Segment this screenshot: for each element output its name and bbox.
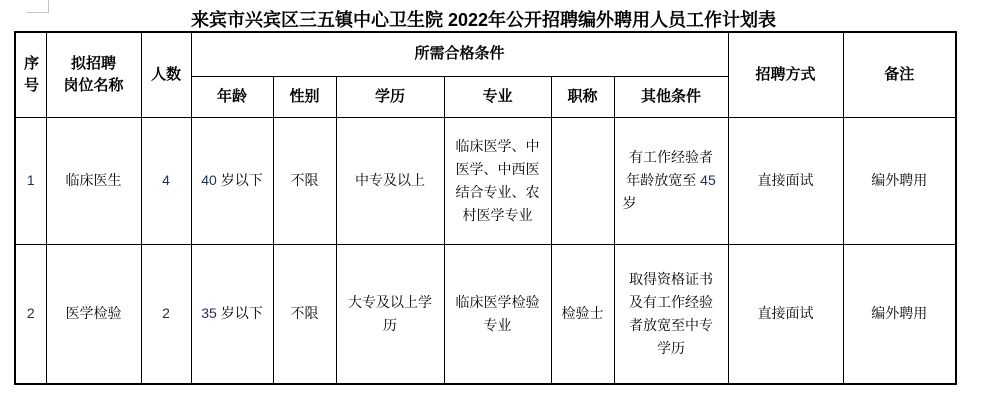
header-gender: 性别 bbox=[273, 76, 336, 117]
header-position: 拟招聘 岗位名称 bbox=[46, 32, 141, 117]
r1-remark-cell: 编外聘用 bbox=[843, 117, 956, 244]
r2-method-cell: 直接面试 bbox=[728, 244, 843, 384]
table-row: 2 医学检验 2 35 岁以下 不限 大专及以上学历 临床医学检验专业 检验士 … bbox=[15, 244, 956, 384]
header-remark: 备注 bbox=[843, 32, 956, 117]
r2-major-cell: 临床医学检验专业 bbox=[444, 244, 551, 384]
r1-method-cell: 直接面试 bbox=[728, 117, 843, 244]
r2-education-cell: 大专及以上学历 bbox=[336, 244, 444, 384]
r2-remark-cell: 编外聘用 bbox=[843, 244, 956, 384]
r2-other-cell: 取得资格证书及有工作经验者放宽至中专学历 bbox=[614, 244, 728, 384]
r1-position-cell: 临床医生 bbox=[46, 117, 141, 244]
r1-other-cell: 有工作经验者年龄放宽至 45 岁 bbox=[614, 117, 728, 244]
r2-age-cell: 35 岁以下 bbox=[191, 244, 273, 384]
header-age: 年龄 bbox=[191, 76, 273, 117]
r1-job-title-cell bbox=[551, 117, 614, 244]
r2-count-cell: 2 bbox=[141, 244, 191, 384]
table-title: 来宾市兴宾区三五镇中心卫生院 2022年公开招聘编外聘用人员工作计划表 bbox=[14, 6, 953, 32]
header-count: 人数 bbox=[141, 32, 191, 117]
header-major: 专业 bbox=[444, 76, 551, 117]
r1-count-cell: 4 bbox=[141, 117, 191, 244]
header-other: 其他条件 bbox=[614, 76, 728, 117]
r2-gender-cell: 不限 bbox=[273, 244, 336, 384]
header-education: 学历 bbox=[336, 76, 444, 117]
header-job-title: 职称 bbox=[551, 76, 614, 117]
r1-seq-cell: 1 bbox=[15, 117, 46, 244]
recruitment-plan-table: 序 号 拟招聘 岗位名称 人数 所需合格条件 招聘方式 备注 年龄 性别 学历 … bbox=[14, 31, 957, 385]
r1-gender-cell: 不限 bbox=[273, 117, 336, 244]
r1-age-cell: 40 岁以下 bbox=[191, 117, 273, 244]
r1-major-cell: 临床医学、中医学、中西医结合专业、农村医学专业 bbox=[444, 117, 551, 244]
r2-seq-cell: 2 bbox=[15, 244, 46, 384]
header-seq: 序 号 bbox=[15, 32, 46, 117]
r2-job-title-cell: 检验士 bbox=[551, 244, 614, 384]
table-row: 1 临床医生 4 40 岁以下 不限 中专及以上 临床医学、中医学、中西医结合专… bbox=[15, 117, 956, 244]
header-method: 招聘方式 bbox=[728, 32, 843, 117]
r1-education-cell: 中专及以上 bbox=[336, 117, 444, 244]
header-conditions-group: 所需合格条件 bbox=[191, 32, 728, 76]
document-page: 来宾市兴宾区三五镇中心卫生院 2022年公开招聘编外聘用人员工作计划表 序 号 … bbox=[0, 0, 985, 401]
r2-position-cell: 医学检验 bbox=[46, 244, 141, 384]
